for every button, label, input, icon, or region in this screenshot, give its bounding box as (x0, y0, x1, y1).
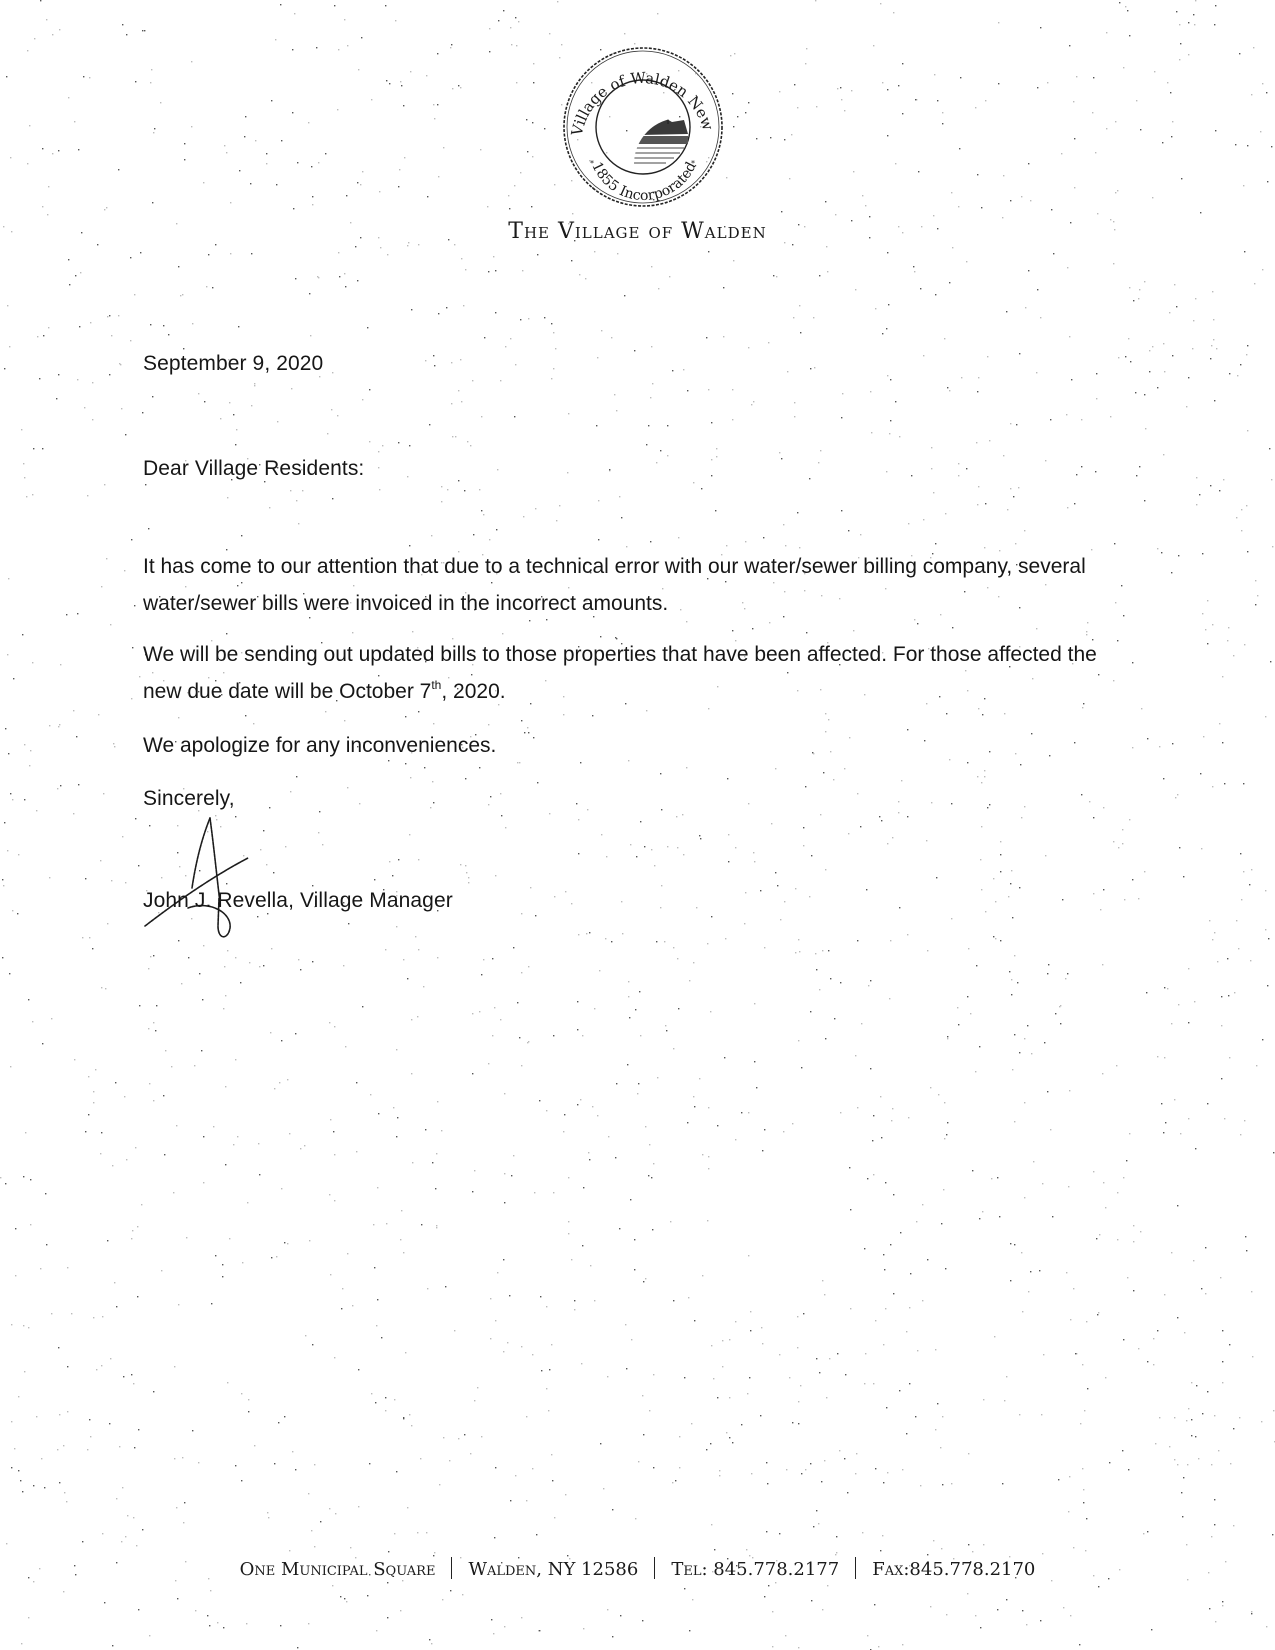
paragraph-line: We apologize for any inconveniences. (143, 727, 1123, 764)
due-date-text: new due date will be October 7 (143, 680, 431, 703)
letter-date: September 9, 2020 (143, 352, 323, 376)
body-paragraph-1: It has come to our attention that due to… (143, 548, 1123, 622)
village-seal-logo: The Village of Walden New York 1855 Inco… (560, 44, 726, 210)
footer-address: One Municipal Square (240, 1559, 436, 1580)
paragraph-line: water/sewer bills were invoiced in the i… (143, 585, 1123, 622)
footer-phone: Tel: 845.778.2177 (671, 1559, 839, 1580)
ordinal-suffix: th (431, 678, 441, 692)
footer-city: Walden, NY 12586 (468, 1559, 638, 1580)
paragraph-line: new due date will be October 7th, 2020. (143, 673, 1123, 710)
paragraph-line: We will be sending out updated bills to … (143, 636, 1123, 673)
due-date-year: , 2020. (441, 680, 505, 703)
svg-text:*: * (590, 159, 594, 168)
letterhead-footer: One Municipal SquareWalden, NY 12586Tel:… (0, 1557, 1275, 1580)
footer-divider (451, 1557, 452, 1579)
footer-fax: Fax:845.778.2170 (872, 1559, 1035, 1580)
svg-text:The Village of Walden New York: The Village of Walden New York (560, 44, 718, 139)
letter-salutation: Dear Village Residents: (143, 457, 364, 481)
body-paragraph-2: We will be sending out updated bills to … (143, 636, 1123, 710)
signatory-name: John J. Revella, Village Manager (143, 889, 453, 913)
paragraph-line: It has come to our attention that due to… (143, 548, 1123, 585)
body-paragraph-3: We apologize for any inconveniences. (143, 727, 1123, 764)
footer-divider (855, 1557, 856, 1579)
letterhead-title: The Village of Walden (0, 219, 1275, 244)
svg-text:*: * (691, 159, 695, 168)
signature-mark (140, 808, 260, 938)
footer-divider (654, 1557, 655, 1579)
